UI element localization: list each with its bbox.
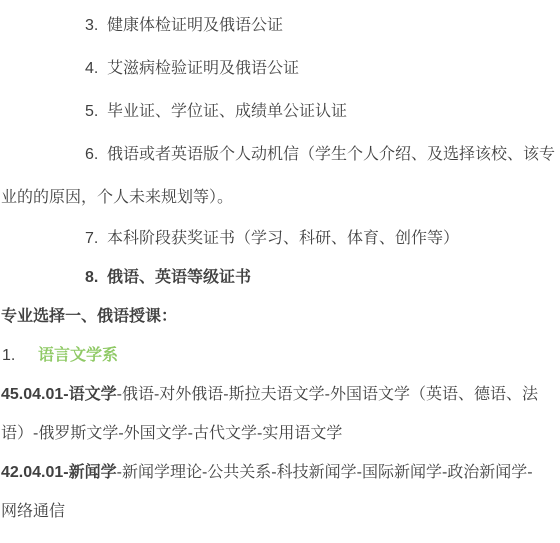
major-description: -俄语-对外俄语-斯拉夫语文学-外国语文学（英语、德语、法	[117, 386, 538, 403]
list-number: 5.	[85, 90, 107, 133]
list-item-text: 艾滋病检验证明及俄语公证	[107, 60, 299, 77]
major-description-wrapped: 网络通信	[1, 503, 65, 520]
major-code: 45.04.01-语文学	[1, 386, 117, 403]
major-42-line1: 42.04.01-新闻学-新闻学理论-公共关系-科技新闻学-国际新闻学-政治新闻…	[0, 453, 560, 492]
checklist-item-5: 5.毕业证、学位证、成绩单公证认证	[0, 90, 560, 133]
section-heading-text: 专业选择一、俄语授课：	[1, 308, 177, 325]
list-item-text: 健康体检证明及俄语公证	[107, 17, 283, 34]
department-name: 语言文学系	[38, 347, 118, 364]
checklist-item-8: 8.俄语、英语等级证书	[0, 258, 560, 297]
list-item-text: 本科阶段获奖证书（学习、科研、体育、创作等）	[107, 230, 459, 247]
major-45-line2: 语）-俄罗斯文学-外国文学-古代文学-实用语文学	[0, 414, 560, 453]
list-number: 7.	[85, 219, 107, 258]
section-heading: 专业选择一、俄语授课：	[0, 297, 560, 336]
checklist-item-7: 7.本科阶段获奖证书（学习、科研、体育、创作等）	[0, 219, 560, 258]
list-item-text: 俄语或者英语版个人动机信（学生个人介绍、及选择该校、该专	[107, 146, 555, 163]
department-number: 1.	[2, 336, 38, 375]
major-description-wrapped: 语）-俄罗斯文学-外国文学-古代文学-实用语文学	[1, 425, 342, 442]
checklist-item-6-line2: 业的的原因，个人未来规划等）。	[0, 176, 560, 219]
checklist-item-4: 4.艾滋病检验证明及俄语公证	[0, 47, 560, 90]
major-description: -新闻学理论-公共关系-科技新闻学-国际新闻学-政治新闻学-	[117, 464, 533, 481]
list-number: 4.	[85, 47, 107, 90]
list-number: 8.	[85, 258, 107, 297]
list-item-text: 毕业证、学位证、成绩单公证认证	[107, 103, 347, 120]
list-number: 3.	[85, 4, 107, 47]
document-page: 3.健康体检证明及俄语公证 4.艾滋病检验证明及俄语公证 5.毕业证、学位证、成…	[0, 0, 560, 543]
list-item-text: 俄语、英语等级证书	[107, 269, 251, 286]
checklist-item-3: 3.健康体检证明及俄语公证	[0, 4, 560, 47]
list-number: 6.	[85, 133, 107, 176]
list-item-text-wrapped: 业的的原因，个人未来规划等）。	[1, 189, 233, 206]
major-45-line1: 45.04.01-语文学-俄语-对外俄语-斯拉夫语文学-外国语文学（英语、德语、…	[0, 375, 560, 414]
department-heading: 1.语言文学系	[0, 336, 560, 375]
checklist-item-6-line1: 6.俄语或者英语版个人动机信（学生个人介绍、及选择该校、该专	[0, 133, 560, 176]
major-42-line2: 网络通信	[0, 492, 560, 531]
major-code: 42.04.01-新闻学	[1, 464, 117, 481]
